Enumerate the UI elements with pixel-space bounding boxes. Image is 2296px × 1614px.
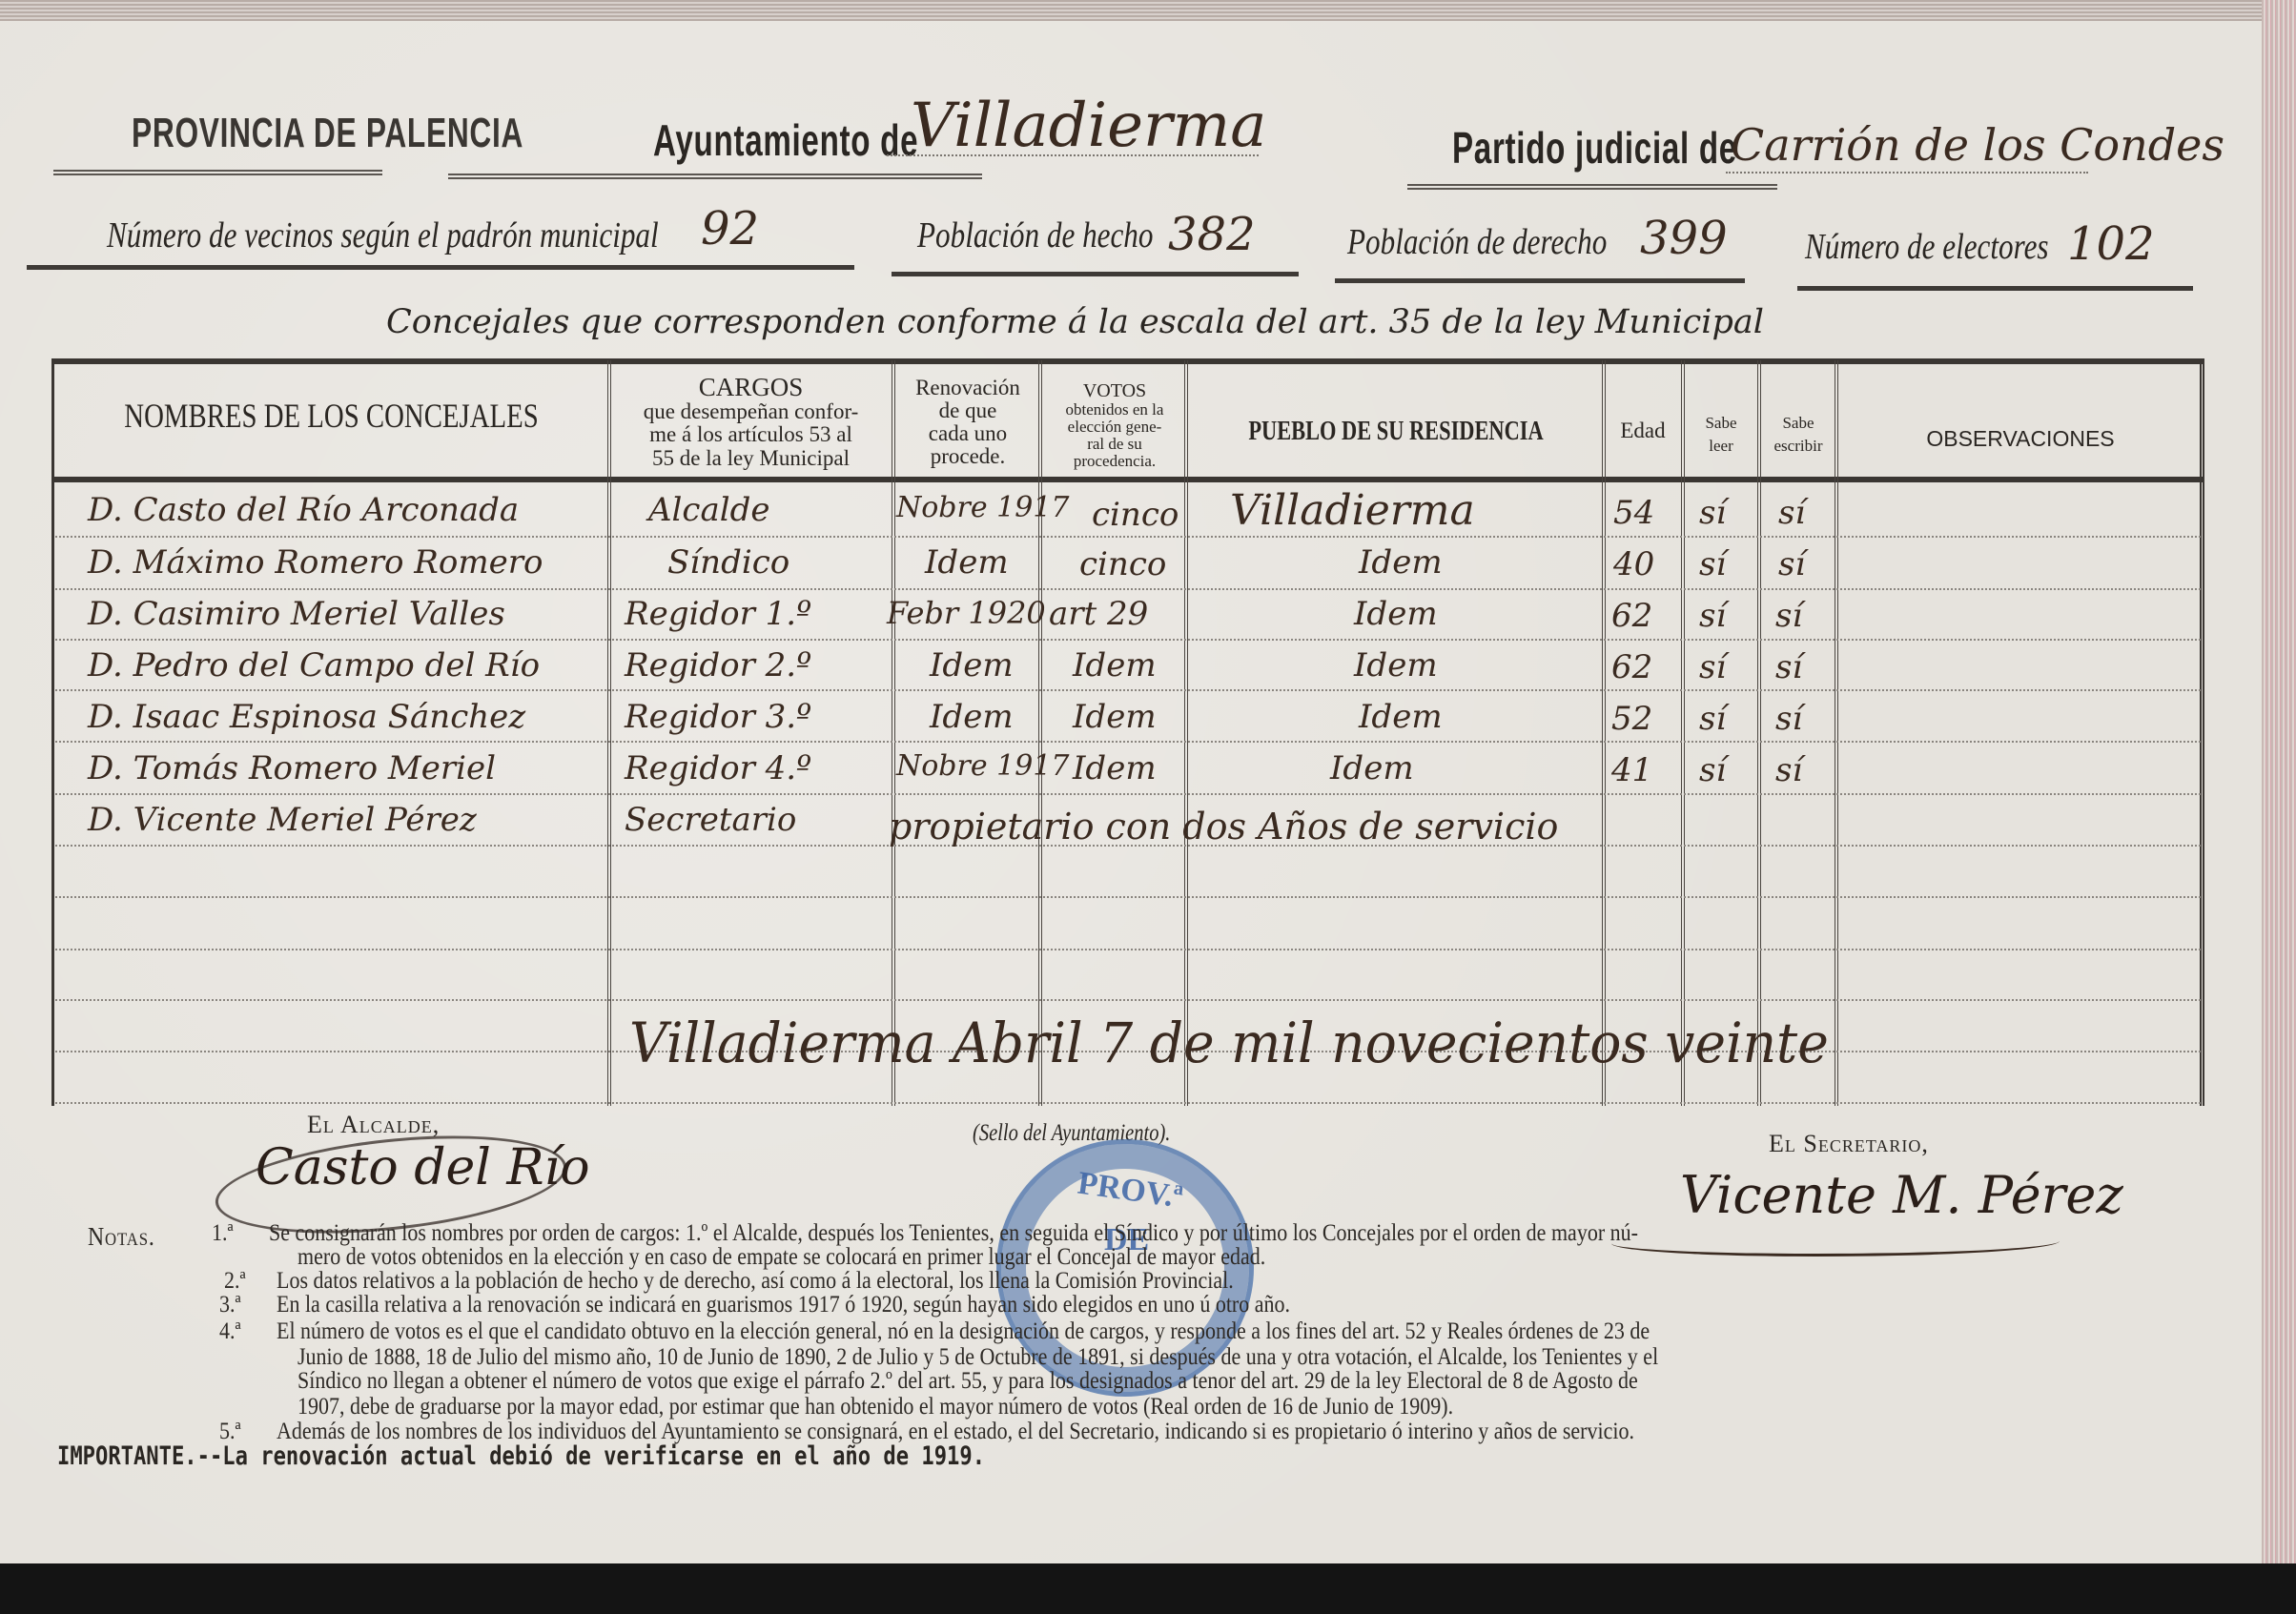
header-pueblo: PUEBLO DE SU RESIDENCIA [1231,418,1561,445]
derecho-rule [1335,278,1745,283]
cell-escribir: sí [1778,545,1805,583]
partido-label: Partido judicial de [1452,122,1737,174]
row-line [55,896,2201,898]
row-line [55,949,2201,950]
cell-renovacion: Idem [930,646,1014,684]
vecinos-value: 92 [701,202,759,255]
notes-label: Notas. [88,1222,155,1252]
note-4-num: 4.ª [219,1318,241,1345]
row-line [55,639,2201,641]
header-cargos-sub-1: que desempeñan confor- [610,400,892,423]
cell-leer: sí [1699,648,1726,686]
cell-votos: cinco [1092,496,1179,534]
cell-cargo: Regidor 4.º [625,749,811,787]
cell-nombre: D. Vicente Meriel Pérez [88,801,477,839]
book-page-edges [2262,0,2296,1563]
cell-cargo: Regidor 2.º [625,646,811,684]
cell-nombre: D. Casimiro Meriel Valles [88,595,505,633]
header-renovacion-line: procede. [896,445,1039,468]
header-cargos: CARGOS que desempeñan confor- me á los a… [610,374,892,470]
electores-value: 102 [2067,217,2155,271]
note-4-line-2: Junio de 1888, 18 de Julio del mismo año… [297,1344,1658,1371]
alcalde-label: El Alcalde, [307,1111,440,1139]
header-cargos-sub-3: 55 de la ley Municipal [610,447,892,470]
note-1-line-1: Se consignarán los nombres por orden de … [269,1220,1638,1247]
note-3-num: 3.ª [219,1292,241,1318]
ayuntamiento-label: Ayuntamiento de [653,114,918,166]
note-2-num: 2.ª [224,1268,246,1295]
hecho-label: Población de hecho [917,215,1153,256]
ayuntamiento-rule [448,174,982,179]
concejales-subtitle: Concejales que corresponden conforme á l… [386,303,1764,341]
row-line [55,536,2201,538]
cell-escribir: sí [1778,494,1805,532]
header-votos-line: procedencia. [1043,453,1186,470]
note-4-line-1: El número de votos es el que el candidat… [277,1318,1650,1345]
note-4-line-3: Síndico no llegan a obtener el número de… [297,1368,1638,1395]
cell-pueblo: Idem [1354,646,1438,684]
header-edad: Edad [1605,419,1681,442]
note-4-line-4: 1907, debe de graduarse por la mayor eda… [297,1394,1453,1420]
cell-escribir: sí [1775,597,1802,635]
electores-label: Número de electores [1805,226,2049,268]
cell-renovacion: Idem [930,698,1014,736]
row-line [55,1102,2201,1104]
cell-escribir: sí [1775,751,1802,789]
row-line [55,999,2201,1001]
row-line [55,689,2201,691]
partido-value: Carrión de los Condes [1731,119,2224,171]
cell-nombre: D. Casto del Río Arconada [88,491,519,529]
cell-nombre: D. Pedro del Campo del Río [88,646,540,684]
place-date: Villadierma Abril 7 de mil novecientos v… [629,1011,1829,1075]
cell-cargo: Regidor 3.º [625,698,811,736]
header-sabe-escribir-line: Sabe [1760,415,1836,432]
cell-edad: 41 [1611,751,1652,789]
cell-edad: 62 [1611,597,1652,635]
cell-leer: sí [1699,494,1726,532]
partido-rule [1407,184,1777,190]
note-1-num: 1.ª [212,1220,234,1247]
ayuntamiento-value: Villadierma [911,91,1266,161]
ayuntamiento-dots [887,154,1259,156]
header-sabe-escribir-line: escribir [1760,438,1836,455]
cell-pueblo: Idem [1354,595,1438,633]
header-cargos-sub-2: me á los artículos 53 al [610,423,892,446]
table-header-rule [51,477,2204,482]
cell-cargo: Secretario [625,801,796,839]
cell-leer: sí [1699,597,1726,635]
partido-dots [1726,172,2088,174]
cell-edad: 40 [1613,545,1654,583]
header-renovacion-line: de que [896,399,1039,422]
cell-escribir: sí [1775,648,1802,686]
cell-votos: Idem [1073,698,1157,736]
header-cargos-title: CARGOS [610,374,892,400]
cell-nombre: D. Máximo Romero Romero [88,543,543,582]
cell-leer: sí [1699,751,1726,789]
cell-renovacion: Nobre 1917 [896,491,1070,524]
electores-rule [1797,286,2193,291]
row-line [55,741,2201,743]
derecho-value: 399 [1640,212,1728,265]
secretario-label: El Secretario, [1769,1130,1929,1158]
cell-renovacion-observation: propietario con dos Años de servicio [889,806,1558,848]
header-votos-title: VOTOS [1043,381,1186,401]
col-divider [1835,360,1838,1106]
col-divider [1184,360,1188,1106]
cell-cargo: Alcalde [648,491,770,529]
provincia-rule [53,170,382,175]
header-votos-line: ral de su [1043,436,1186,453]
header-votos-line: elección gene- [1043,419,1186,436]
row-line [55,588,2201,590]
cell-edad: 62 [1611,648,1652,686]
header-renovacion: Renovación de que cada uno procede. [896,377,1039,469]
cell-votos: cinco [1079,545,1166,583]
cell-pueblo: Idem [1359,543,1443,582]
cell-cargo: Síndico [667,543,789,582]
cell-votos: art 29 [1049,595,1148,633]
hecho-rule [892,272,1299,276]
note-1-line-2: mero de votos obtenidos en la elección y… [297,1244,1265,1271]
header-nombres: NOMBRES DE LOS CONCEJALES [113,398,551,435]
note-2-line-1: Los datos relativos a la población de he… [277,1268,1234,1295]
vecinos-rule [27,265,854,270]
cell-renovacion: Idem [925,543,1009,582]
header-sabe-escribir: Sabe escribir [1760,415,1836,455]
cell-leer: sí [1699,545,1726,583]
header-renovacion-line: cada uno [896,422,1039,445]
col-divider [1681,360,1685,1106]
cell-leer: sí [1699,700,1726,738]
cell-cargo: Regidor 1.º [625,595,811,633]
cell-votos: Idem [1073,646,1157,684]
header-observaciones: OBSERVACIONES [1840,427,2201,450]
header-votos-line: obtenidos en la [1043,401,1186,419]
cell-edad: 54 [1613,494,1654,532]
header-votos: VOTOS obtenidos en la elección gene- ral… [1043,381,1186,469]
col-divider [607,360,611,1106]
cell-votos: Idem [1073,749,1157,787]
col-divider [1602,360,1606,1106]
row-line [55,793,2201,795]
hecho-value: 382 [1168,208,1256,261]
header-sabe-leer: Sabe leer [1684,415,1758,455]
header-sabe-leer-line: Sabe [1684,415,1758,432]
header-sabe-leer-line: leer [1684,438,1758,455]
secretario-signature-flourish [1611,1228,2060,1256]
derecho-label: Población de derecho [1347,221,1607,263]
document-page: PROVINCIA DE PALENCIA Ayuntamiento de Vi… [0,0,2296,1563]
importante-note: IMPORTANTE.--La renovación actual debió … [57,1441,985,1471]
cell-pueblo: Idem [1330,749,1414,787]
col-divider [892,360,895,1106]
cell-pueblo: Villadierma [1230,486,1475,535]
page-top-edge [0,0,2296,21]
cell-nombre: D. Isaac Espinosa Sánchez [88,698,525,736]
secretario-signature: Vicente M. Pérez [1680,1165,2123,1225]
cell-renovacion: Nobre 1917 [896,749,1070,783]
col-divider [1757,360,1761,1106]
scan-background [0,1563,2296,1614]
cell-pueblo: Idem [1359,698,1443,736]
cell-renovacion: Febr 1920 [887,595,1046,631]
cell-nombre: D. Tomás Romero Meriel [88,749,496,787]
table-top-rule [51,358,2204,364]
col-divider [1038,360,1042,1106]
cell-edad: 52 [1611,700,1652,738]
provincia-title: PROVINCIA DE PALENCIA [132,110,523,157]
note-3-line-1: En la casilla relativa a la renovación s… [277,1292,1290,1318]
header-renovacion-line: Renovación [896,377,1039,399]
cell-escribir: sí [1775,700,1802,738]
vecinos-label: Número de vecinos según el padrón munici… [107,215,659,256]
